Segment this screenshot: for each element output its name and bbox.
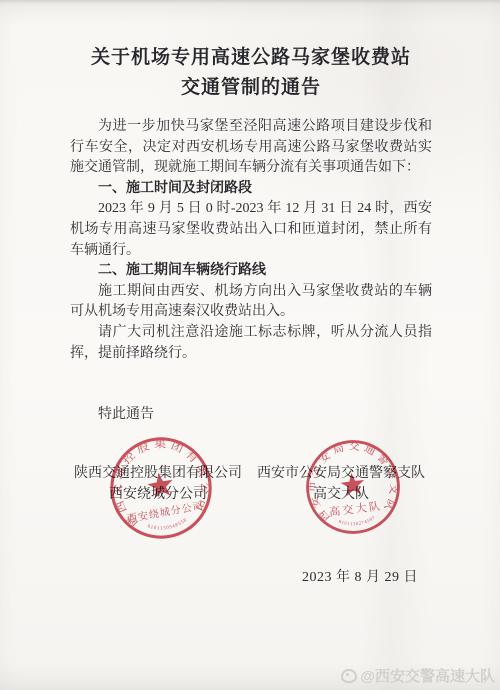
notice-date: 2023 年 8 月 29 日 (280, 566, 440, 586)
intro-paragraph: 为进一步加快马家堡至泾阳高速公路项目建设步伐和行车安全，决定对西安机场专用高速公… (70, 117, 432, 179)
notice-title: 关于机场专用高速公路马家堡收费站 交通管制的通告 (70, 43, 432, 103)
watermark: @西安交警高速大队 (341, 665, 495, 686)
weibo-eye-icon (341, 669, 357, 683)
notice-title-line-2: 交通管制的通告 (70, 73, 432, 103)
watermark-text: @西安交警高速大队 (360, 665, 495, 686)
section-1-heading: 一、施工时间及封闭路段 (70, 179, 432, 200)
advisory-paragraph: 请广大司机注意沿途施工标志标牌，听从分流人员指挥，提前择路绕行。 (70, 323, 432, 364)
section-2-heading: 二、施工期间车辆绕行路线 (70, 261, 432, 282)
closing-line: 特此通告 (70, 405, 432, 426)
section-1-text: 2023 年 9 月 5 日 0 时-2023 年 12 月 31 日 24 时… (70, 199, 432, 261)
seal-star-icon (146, 471, 175, 499)
seal-org-text: 西安绕城分公司 (126, 499, 205, 525)
seal-star-icon (340, 471, 366, 496)
notice-document: 关于机场专用高速公路马家堡收费站 交通管制的通告 为进一步加快马家堡至泾阳高速公… (0, 0, 500, 426)
notice-page: 关于机场专用高速公路马家堡收费站 交通管制的通告 为进一步加快马家堡至泾阳高速公… (0, 0, 500, 690)
notice-title-line-1: 关于机场专用高速公路马家堡收费站 (70, 43, 432, 73)
notice-body: 为进一步加快马家堡至泾阳高速公路项目建设步伐和行车安全，决定对西安机场专用高速公… (70, 117, 432, 426)
official-seal-right: 西安市公安局交通警察支队 高交大队 6101130274597 (298, 432, 407, 541)
section-2-text: 施工期间由西安、机场方向出入马家堡收费站的车辆可从机场专用高速秦汉收费站出入。 (70, 282, 432, 323)
seal-org-text: 高交大队 (328, 498, 383, 518)
official-seal-left: 陕西交通控股集团有限公司 西安绕城分公司 6101130548558 (100, 427, 223, 550)
